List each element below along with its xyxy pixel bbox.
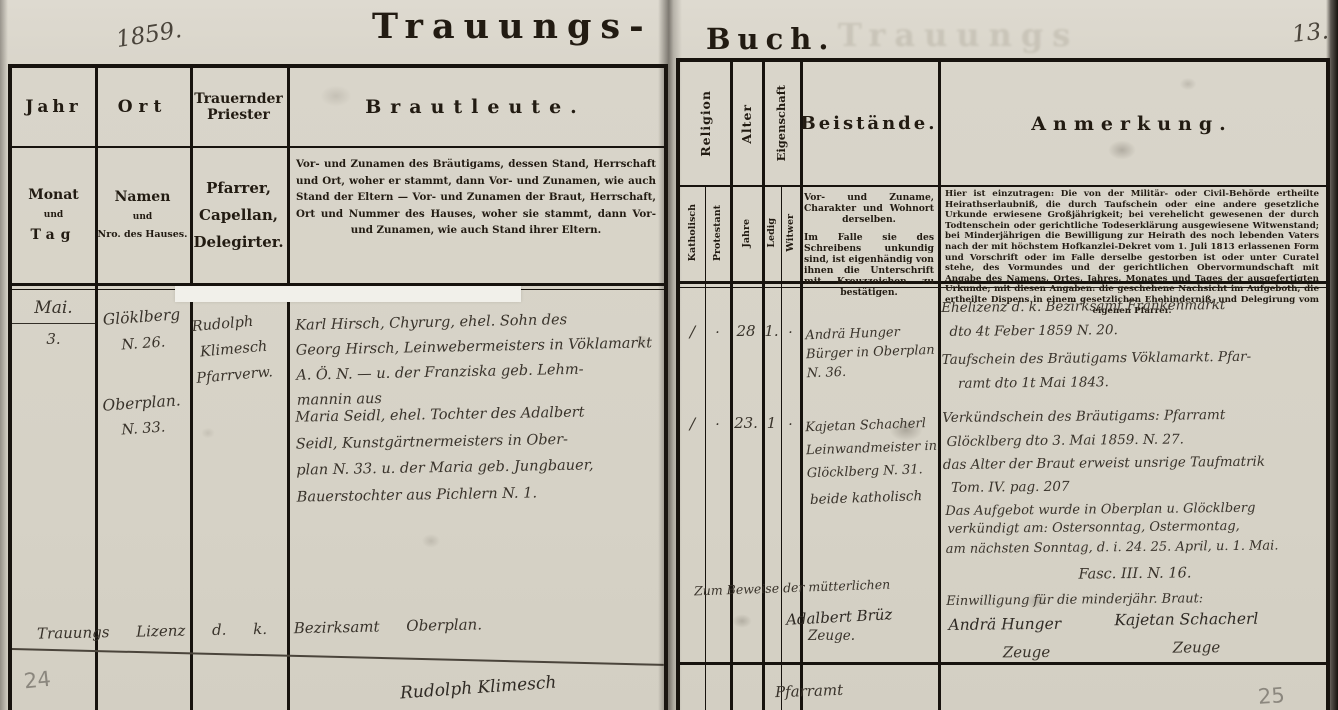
col-header-alter-label: Alter [739, 104, 754, 144]
paper-patch [175, 286, 521, 302]
subheader-jahre: Jahre [730, 185, 762, 281]
consent-signature-role: Zeuge. [808, 628, 855, 644]
anmerkung-line: Verkündschein des Bräutigams: Pfarramt [942, 407, 1225, 426]
col-header-eigenschaft-label: Eigenschaft [774, 85, 788, 161]
anmerkung-entry-block: Ehelizenz d. k. Bezirksamt Frankenmarkt … [939, 60, 1328, 710]
subheader-protestant-label: Protestant [712, 205, 723, 261]
witness-signature-1: Andrä Hunger [948, 615, 1061, 634]
subheader-witwer: Witwer [781, 185, 800, 281]
entry-ort-block-1: Glöklberg N. 26. [93, 301, 192, 361]
pencil-folio-number-right: 25 [1257, 683, 1285, 709]
left-col-line-3 [287, 68, 290, 710]
witness2-line: Glöcklberg N. 31. [806, 458, 938, 486]
beistaende-description-1: Vor- und Zuname, Charakter und Wohnort d… [804, 192, 934, 225]
mark-groom-katholisch: / [680, 320, 705, 342]
entry-bride-block: Maria Seidl, ehel. Tochter des Adalbert … [295, 399, 594, 510]
entry-day: 3. [12, 328, 95, 350]
both-catholic-note: beide katholisch [810, 488, 923, 508]
entry-bride-line: plan N. 33. u. der Maria geb. Jungbauer, [296, 452, 594, 484]
subheader-katholisch-label: Katholisch [687, 204, 698, 261]
left-edge-shadow [0, 0, 8, 710]
mark-groom-witwer: · [781, 322, 800, 344]
page-number: 13. [1291, 18, 1330, 48]
beistaende-description: Vor- und Zuname, Charakter und Wohnort d… [804, 192, 934, 298]
ruled-line-slanted [12, 648, 664, 665]
mark-groom-ledig: 1. [762, 320, 781, 342]
beistaende-description-2: Im Falle sie des Schreibens unkundig sin… [804, 232, 934, 298]
col-header-alter: Alter [730, 62, 762, 185]
col-header-religion: Religion [680, 62, 730, 185]
entry-month: Mai. [12, 296, 95, 320]
subheader-jahre-label: Jahre [741, 219, 752, 248]
pencil-folio-number-left: 24 [23, 667, 52, 694]
license-note: Trauungs Lizenz d. k. Bezirksamt Oberpla… [37, 615, 482, 642]
handwritten-year: 1859. [114, 17, 183, 53]
witness1-line: N. 36. [806, 360, 935, 383]
subheader-witwer-label: Witwer [785, 214, 796, 252]
witness1-block: Andrä Hunger Bürger in Oberplan N. 36. [805, 322, 936, 383]
anmerkung-line: Taufschein des Bräutigams Vöklamarkt. Pf… [942, 349, 1252, 368]
subheader-delegirter: Delegirter. [193, 233, 283, 251]
subheader-monat: Monat [28, 187, 79, 203]
mark-groom-protestant: · [705, 322, 730, 344]
col-header-eigenschaft: Eigenschaft [762, 62, 800, 185]
priest-signature: Rudolph Klimesch [399, 673, 557, 704]
subheader-ledig-label: Ledig [766, 218, 777, 248]
left-page: Jahr Ort Trauernder Priester Brautleute.… [8, 64, 668, 710]
mark-bride-witwer: · [781, 414, 800, 436]
subheader-hausnummer: Nro. des Hauses. [98, 229, 188, 240]
subheader-und-1: und [44, 210, 63, 220]
anmerkung-line: Das Aufgebot wurde in Oberplan u. Glöckl… [945, 501, 1255, 519]
subheader-namen: Namen [115, 189, 171, 205]
mark-bride-ledig: 1 [762, 412, 781, 434]
entry-groom-block: Karl Hirsch, Chyrurg, ehel. Sohn des Geo… [295, 306, 653, 413]
col-header-priester: Trauernder Priester [190, 68, 287, 146]
subheader-tag: Tag [31, 227, 77, 243]
next-entry-partial-text: Pfarramt [775, 681, 844, 701]
book-title-left: Trauungs- [372, 6, 653, 47]
mark-groom-alter: 28 [730, 320, 762, 342]
bleed-through-text: Trauungs [838, 16, 1079, 54]
anmerkung-line: verkündigt am: Ostersonntag, Ostermontag… [947, 519, 1239, 537]
month-underline [12, 323, 95, 324]
witness-signature-1-role: Zeuge [1003, 643, 1051, 661]
mark-bride-katholisch: / [680, 412, 705, 434]
col-header-priester-line2: Priester [207, 107, 270, 123]
right-page: Religion Alter Eigenschaft Beistände. An… [676, 58, 1330, 710]
entry-bride-line: Bauerstochter aus Pichlern N. 1. [296, 479, 594, 511]
anmerkung-line: dto 4t Feber 1859 N. 20. [949, 322, 1118, 340]
subheader-katholisch: Katholisch [680, 185, 705, 281]
book-title-right: Buch. [706, 22, 835, 56]
consent-note-line: Zum Beweise der mütterlichen [694, 577, 891, 599]
col-header-religion-label: Religion [698, 90, 713, 157]
entry-priest-block: Rudolph Klimesch Pfarrverw. [191, 306, 289, 392]
subheader-capellan: Capellan, [199, 206, 278, 224]
mark-bride-protestant: · [705, 414, 730, 436]
anmerkung-line: Ehelizenz d. k. Bezirksamt Frankenmarkt [941, 297, 1225, 316]
anmerkung-line: Glöcklberg dto 3. Mai 1859. N. 27. [946, 431, 1184, 449]
col-subheader-jahr: Monat und Tag [12, 146, 95, 283]
fascicle-reference: Fasc. III. N. 16. [944, 564, 1326, 584]
scanned-marriage-register-spread: 1859. Trauungs- Trauungs Buch. 13. Jahr … [0, 0, 1338, 710]
subheader-ledig: Ledig [762, 185, 781, 281]
subheader-protestant: Protestant [705, 185, 730, 281]
anmerkung-line: ramt dto 1t Mai 1843. [958, 374, 1109, 392]
col-subheader-ort: Namen und Nro. des Hauses. [95, 146, 190, 283]
col-header-ort: Ort [95, 68, 190, 146]
anmerkung-line: das Alter der Braut erweist unsrige Tauf… [943, 454, 1265, 473]
col-header-priester-line1: Trauernder [194, 91, 283, 107]
anmerkung-line: Tom. IV. pag. 207 [951, 479, 1070, 496]
page-gutter-shadow [658, 0, 682, 710]
witness2-block: Kajetan Schacherl Leinwandmeister in Glö… [805, 412, 938, 486]
col-header-jahr: Jahr [12, 68, 95, 146]
entry-ort-block-2: Oberplan. N. 33. [93, 387, 191, 446]
witness-signature-2-role: Zeuge [1173, 638, 1221, 656]
subheader-und-2: und [133, 212, 152, 222]
col-header-brautleute: Brautleute. [287, 68, 664, 146]
anmerkung-line: am nächsten Sonntag, d. i. 24. 25. April… [946, 538, 1279, 556]
brautleute-description: Vor- und Zunamen des Bräutigams, dessen … [296, 156, 656, 278]
consent-heading: Einwilligung für die minderjähr. Braut: [946, 591, 1203, 609]
col-subheader-priester: Pfarrer, Capellan, Delegirter. [190, 146, 287, 283]
mark-bride-alter: 23. [730, 412, 762, 434]
witness-signature-2: Kajetan Schacherl [1114, 610, 1258, 630]
subheader-pfarrer: Pfarrer, [206, 179, 271, 197]
col-header-beistaende: Beistände. [800, 62, 938, 185]
right-edge-shadow [1326, 0, 1338, 710]
